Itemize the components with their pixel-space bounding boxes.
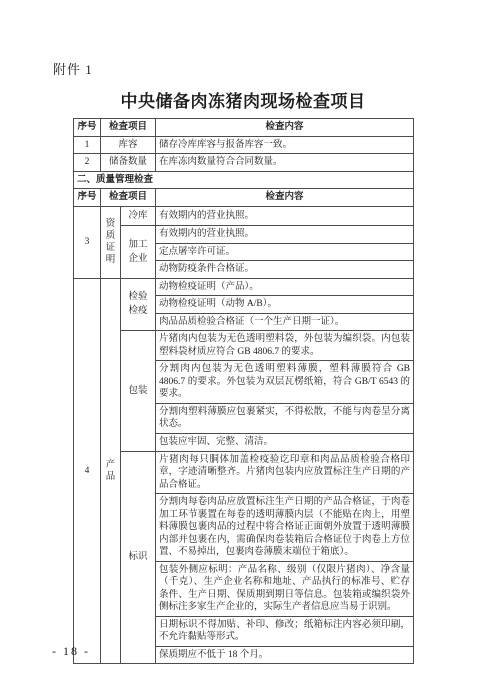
table-row: 1 库容 储存冷库库容与报备库容一致。 — [74, 136, 414, 154]
page-number: - 18 - — [52, 644, 90, 659]
table-row: 包装 片猪肉内包装为无色透明塑料袋，外包装为编织袋。内包装塑料袋材质应符合 GB… — [74, 331, 414, 361]
subgroup-label: 加工企业 — [121, 226, 156, 279]
content-cell: 日期标识不得加贴、补印、修改；纸箱标注内容必须印刷，不允许黏贴等形式。 — [156, 616, 414, 646]
content-cell: 在库冻肉数量符合合同数量。 — [156, 154, 414, 172]
col-header-item: 检查项目 — [101, 119, 156, 137]
document-title: 中央储备肉冻猪肉现场检查项目 — [63, 87, 423, 112]
col-header-content: 检查内容 — [156, 119, 414, 137]
col-header-no: 序号 — [74, 119, 101, 137]
row-no: 4 — [74, 278, 101, 664]
table-row: 3 资质证明 冷库 有效期内的营业执照。 — [74, 207, 414, 226]
subgroup-label: 标识 — [121, 451, 156, 664]
col-header-no: 序号 — [74, 189, 101, 207]
content-cell: 储存冷库库容与报备库容一致。 — [156, 136, 414, 154]
subgroup-label: 包装 — [121, 331, 156, 452]
item-label: 库容 — [101, 136, 156, 154]
table-header-row: 序号 检查项目 检查内容 — [74, 119, 414, 137]
subgroup-label: 检验检疫 — [121, 278, 156, 331]
table-row: 加工企业 有效期内的营业执照。 — [74, 226, 414, 244]
section-header-row: 二、质量管理检查 — [74, 171, 414, 189]
item-label: 储备数量 — [101, 154, 156, 172]
inspection-table: 序号 检查项目 检查内容 1 库容 储存冷库库容与报备库容一致。 2 储备数量 … — [73, 118, 414, 664]
subgroup-label: 冷库 — [121, 207, 156, 226]
row-no: 3 — [74, 207, 101, 279]
table-row: 2 储备数量 在库冻肉数量符合合同数量。 — [74, 154, 414, 172]
content-cell: 包装应牢固、完整、清洁。 — [156, 433, 414, 451]
inspection-table-container: 序号 检查项目 检查内容 1 库容 储存冷库库容与报备库容一致。 2 储备数量 … — [73, 118, 414, 664]
content-cell: 动物防疫条件合格证。 — [156, 261, 414, 279]
table-row: 标识 片猪肉每只胴体加盖检疫验讫印章和肉品品质检验合格印章，字迹清晰整齐。片猪肉… — [74, 451, 414, 494]
content-cell: 有效期内的营业执照。 — [156, 226, 414, 244]
content-cell: 分割肉塑料薄膜应包裹紧实，不得松散，不能与肉卷呈分离状态。 — [156, 403, 414, 433]
content-cell: 有效期内的营业执照。 — [156, 207, 414, 226]
table-header-row: 序号 检查项目 检查内容 — [74, 189, 414, 207]
section-header: 二、质量管理检查 — [74, 171, 414, 189]
content-cell: 动物检疫证明（产品）。 — [156, 278, 414, 296]
row-no: 1 — [74, 136, 101, 154]
content-cell: 片猪肉每只胴体加盖检疫验讫印章和肉品品质检验合格印章，字迹清晰整齐。片猪肉包装内… — [156, 451, 414, 494]
row-no: 2 — [74, 154, 101, 172]
content-cell: 分割肉每卷肉品应放置标注生产日期的产品合格证，于肉卷加工环节裹置在每卷的透明薄膜… — [156, 494, 414, 562]
content-cell: 分割肉内包装为无色透明塑料薄膜，塑料薄膜符合 GB 4806.7 的要求。外包装… — [156, 361, 414, 404]
content-cell: 肉品品质检验合格证（一个生产日期一证）。 — [156, 313, 414, 331]
group-label: 产品 — [101, 278, 121, 664]
group-label: 资质证明 — [101, 207, 121, 279]
content-cell: 动物检疫证明（动物 A/B）。 — [156, 296, 414, 314]
content-cell: 包装外侧应标明：产品名称、级别（仅限片猪肉）、净含量（千克）、生产企业名称和地址… — [156, 561, 414, 616]
col-header-content: 检查内容 — [156, 189, 414, 207]
attachment-label: 附件 1 — [53, 59, 93, 78]
content-cell: 定点屠宰许可证。 — [156, 243, 414, 261]
table-row: 4 产品 检验检疫 动物检疫证明（产品）。 — [74, 278, 414, 296]
content-cell: 片猪肉内包装为无色透明塑料袋，外包装为编织袋。内包装塑料袋材质应符合 GB 48… — [156, 331, 414, 361]
content-cell: 保质期应不低于 18 个月。 — [156, 646, 414, 664]
col-header-item: 检查项目 — [101, 189, 156, 207]
